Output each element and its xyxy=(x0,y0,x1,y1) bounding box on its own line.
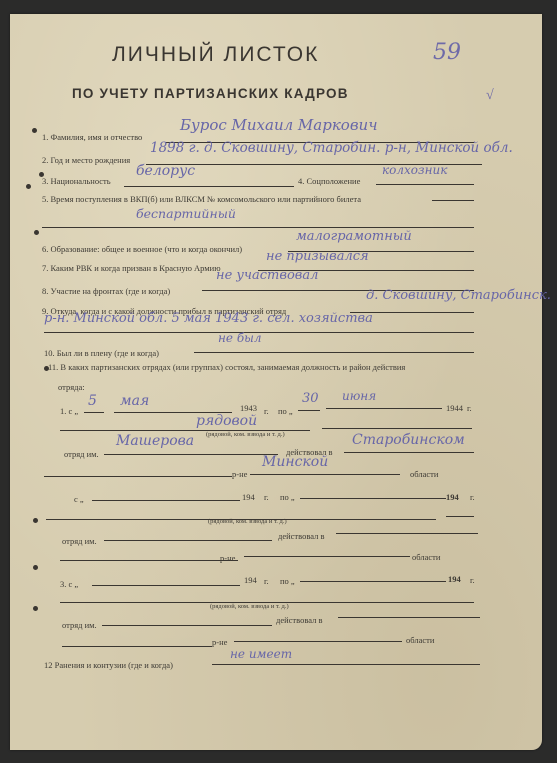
field-8-label: 8. Участие на фронтах (где и когда) xyxy=(42,286,170,296)
to-label: по „ xyxy=(280,576,295,586)
entry-1-area: Старобинском xyxy=(352,432,465,448)
entry-1-day-to: 30 xyxy=(302,391,319,406)
field-1-value: Бурос Михаил Маркович xyxy=(180,116,378,134)
region-label: области xyxy=(406,635,434,645)
field-10-value: не был xyxy=(218,331,262,345)
district-label: р-не xyxy=(212,637,227,647)
otryad-label: отряд им. xyxy=(64,449,99,459)
entry-1-day-from: 5 xyxy=(88,393,97,409)
punch-hole xyxy=(32,128,37,133)
region-label: области xyxy=(412,552,440,562)
punch-hole xyxy=(34,230,39,235)
entry-1-month-to: июня xyxy=(342,389,376,403)
entry-1-month-from: мая xyxy=(120,393,149,409)
field-11-label-line2: отряда: xyxy=(58,382,85,392)
field-6-value: малограмотный xyxy=(296,229,412,244)
field-12-label: 12 Ранения и контузии (где и когда) xyxy=(44,660,173,670)
acted-label: действовал в xyxy=(276,615,322,625)
position-hint: (рядовой, ком. взвода и т. д.) xyxy=(210,603,289,610)
punch-hole xyxy=(33,565,38,570)
field-9-value-line2: р-н. Минской обл. 5 мая 1943 г. сел. хоз… xyxy=(44,311,373,326)
field-4-label: 4. Соцположение xyxy=(298,176,360,186)
year-suffix: г. xyxy=(470,492,475,502)
otryad-label: отряд им. xyxy=(62,536,97,546)
entry-3-num: 3. с „ xyxy=(60,579,78,589)
field-12-value: не имеет xyxy=(230,647,292,661)
entry-2-year-to: 194 xyxy=(446,492,459,502)
field-8-value: не участвовал xyxy=(216,268,318,283)
entry-2-num: с „ xyxy=(74,494,84,504)
field-9-value-line1: д. Сковшину, Старобинск. xyxy=(366,288,551,303)
punch-hole xyxy=(33,518,38,523)
entry-1-position: рядовой xyxy=(196,413,257,429)
field-1-label: 1. Фамилия, имя и отчество xyxy=(42,132,142,142)
region-label: области xyxy=(410,469,438,479)
field-6-label: 6. Образование: общее и военное (что и к… xyxy=(42,244,242,254)
entry-1-district: Минской xyxy=(262,454,328,470)
field-10-label: 10. Был ли в плену (где и когда) xyxy=(44,348,159,358)
punch-hole xyxy=(33,606,38,611)
year-suffix: г. xyxy=(467,403,472,413)
position-hint: (рядовой, ком. взвода и т. д.) xyxy=(208,518,287,525)
year-suffix: г. xyxy=(264,406,269,416)
acted-label: действовал в xyxy=(278,531,324,541)
field-7-value: не призывался xyxy=(266,249,369,264)
field-5-value: беспартийный xyxy=(136,206,236,221)
entry-1-year-to: 1944 xyxy=(446,403,463,413)
entry-1-year-from: 1943 xyxy=(240,403,257,413)
field-2-value: 1898 г. д. Сковшину, Старобин. р-н, Минс… xyxy=(150,140,513,156)
field-5-label: 5. Время поступления в ВКП(б) или ВЛКСМ … xyxy=(42,194,361,204)
entry-3-year-from: 194 xyxy=(244,575,257,585)
document-title: ЛИЧНЫЙ ЛИСТОК xyxy=(112,43,319,67)
check-mark: √ xyxy=(486,88,494,104)
district-label: р-не xyxy=(232,469,247,479)
district-label: р-не xyxy=(220,553,235,563)
punch-hole xyxy=(26,184,31,189)
year-suffix: г. xyxy=(264,492,269,502)
to-label: по „ xyxy=(278,406,293,416)
field-3-value: белорус xyxy=(136,163,195,179)
document-subtitle: ПО УЧЕТУ ПАРТИЗАНСКИХ КАДРОВ xyxy=(72,86,349,101)
entry-3-year-to: 194 xyxy=(448,574,461,584)
field-4-value: колхозник xyxy=(382,163,447,177)
otryad-label: отряд им. xyxy=(62,620,97,630)
field-2-label: 2. Год и место рождения xyxy=(42,155,130,165)
year-suffix: г. xyxy=(470,575,475,585)
field-7-label: 7. Каким РВК и когда призван в Красную А… xyxy=(42,263,221,273)
year-suffix: г. xyxy=(264,576,269,586)
sheet-number: 59 xyxy=(433,40,461,65)
position-hint: (рядовой, ком. взвода и т. д.) xyxy=(206,431,285,438)
field-11-label-line1: 11. В каких партизанских отрядах (или гр… xyxy=(48,362,405,372)
entry-2-year-from: 194 xyxy=(242,492,255,502)
field-3-label: 3. Национальность xyxy=(42,176,111,186)
entry-1-detachment: Машерова xyxy=(116,433,194,449)
entry-1-num: 1. с „ xyxy=(60,406,78,416)
to-label: по „ xyxy=(280,492,295,502)
